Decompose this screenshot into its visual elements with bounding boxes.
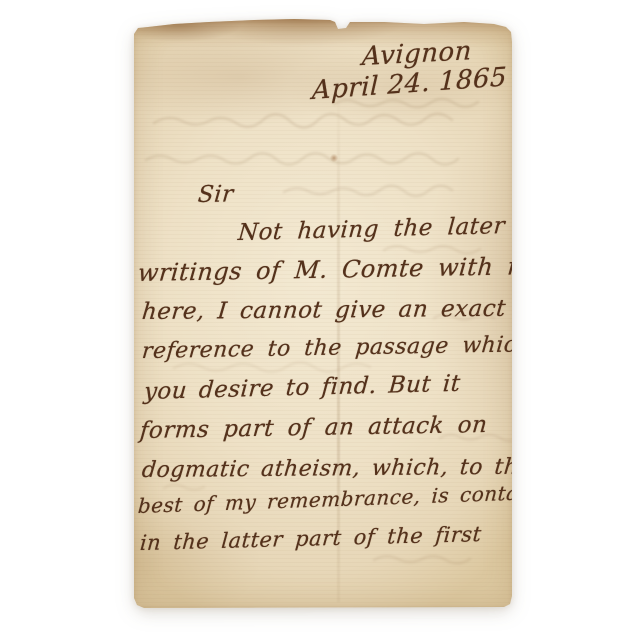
letter-line: here, I cannot give an exact [141, 296, 507, 325]
letter-line: in the latter part of the first [139, 522, 483, 555]
letter-line: writings of M. Comte with me [137, 252, 547, 287]
letter-line: best of my remembrance, is contained [137, 479, 565, 518]
letter-photo: Avignon April 24. 1865 Sir Not having th… [0, 0, 635, 635]
letter-salutation: Sir [197, 181, 235, 208]
letter-line: forms part of an attack on [139, 412, 489, 444]
letter-date: April 24. 1865 [312, 62, 508, 106]
letter-line: you desire to find. But it [143, 371, 462, 405]
letter-line: reference to the passage which [141, 332, 532, 364]
letter-sheet-wrapper: Avignon April 24. 1865 Sir Not having th… [134, 18, 512, 608]
letter-line: dogmatic atheism, which, to the [141, 455, 533, 483]
letter-sheet: Avignon April 24. 1865 Sir Not having th… [134, 18, 512, 608]
letter-line: Not having the later [237, 213, 506, 246]
